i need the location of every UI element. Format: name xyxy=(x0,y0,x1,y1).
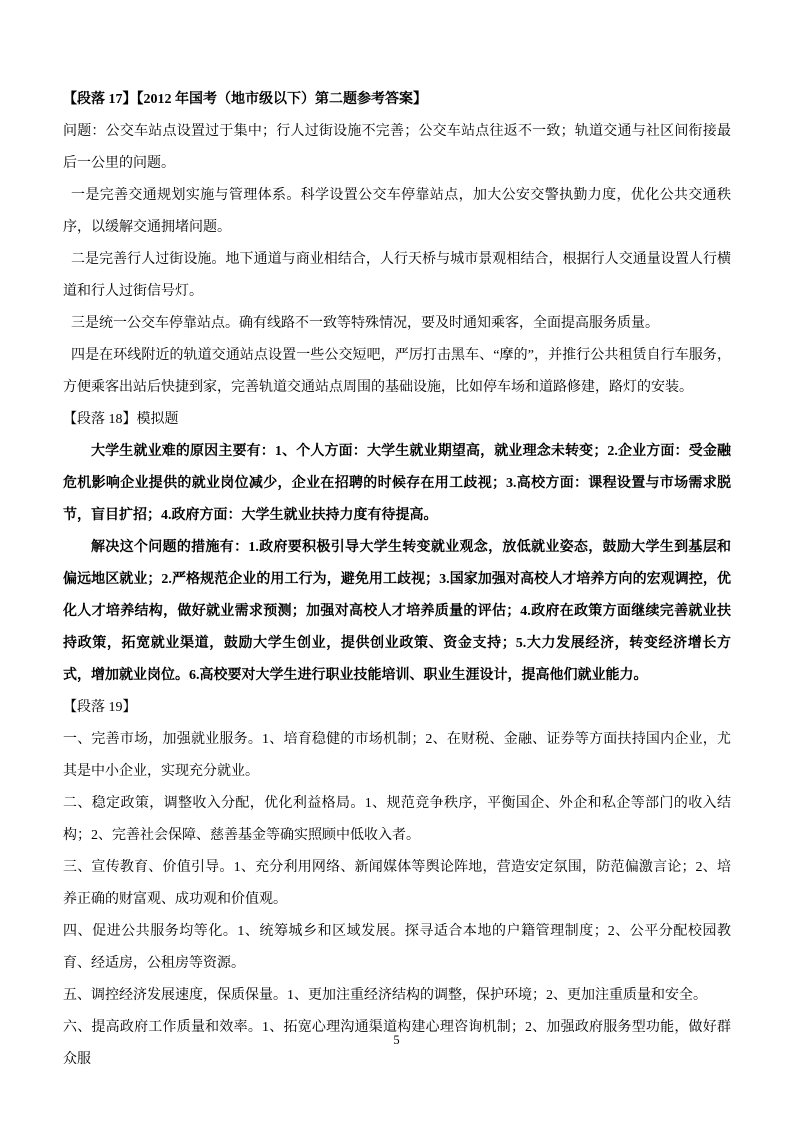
causes-paragraph: 大学生就业难的原因主要有：1、个人方面：大学生就业期望高，就业理念未转变；2.企… xyxy=(63,436,731,532)
list-item-2: 二、稳定政策，调整收入分配，优化利益格局。1、规范竞争秩序，平衡国企、外企和私企… xyxy=(63,788,731,852)
page-number: 5 xyxy=(0,1031,793,1049)
paragraph-19-heading: 【段落 19】 xyxy=(63,692,731,724)
measure-item-4: 四是在环线附近的轨道交通站点设置一些公交短吧，严厉打击黑车、“摩的”，并推行公共… xyxy=(63,340,731,404)
list-item-4: 四、促进公共服务均等化。1、统筹城乡和区域发展。探寻适合本地的户籍管理制度；2、… xyxy=(63,916,731,980)
document-page: 【段落 17】【2012 年国考（地市级以下）第二题参考答案】 问题：公交车站点… xyxy=(0,0,793,1122)
list-item-1: 一、完善市场，加强就业服务。1、培育稳健的市场机制；2、在财税、金融、证券等方面… xyxy=(63,724,731,788)
paragraph-17-heading: 【段落 17】【2012 年国考（地市级以下）第二题参考答案】 xyxy=(63,84,731,116)
paragraph-problem: 问题：公交车站点设置过于集中；行人过街设施不完善；公交车站点往返不一致；轨道交通… xyxy=(63,116,731,180)
measure-item-1: 一是完善交通规划实施与管理体系。科学设置公交车停靠站点，加大公安交警执勤力度，优… xyxy=(63,180,731,244)
document-body: 【段落 17】【2012 年国考（地市级以下）第二题参考答案】 问题：公交车站点… xyxy=(63,84,731,1076)
list-item-3: 三、宣传教育、价值引导。1、充分利用网络、新闻媒体等舆论阵地，营造安定氛围，防范… xyxy=(63,852,731,916)
measure-item-3: 三是统一公交车停靠站点。确有线路不一致等特殊情况，要及时通知乘客，全面提高服务质… xyxy=(63,308,731,340)
solutions-paragraph: 解决这个问题的措施有：1.政府要积极引导大学生转变就业观念，放低就业姿态，鼓励大… xyxy=(63,532,731,692)
list-item-5: 五、调控经济发展速度，保质保量。1、更加注重经济结构的调整，保护环境；2、更加注… xyxy=(63,980,731,1012)
measure-item-2: 二是完善行人过街设施。地下通道与商业相结合，人行天桥与城市景观相结合，根据行人交… xyxy=(63,244,731,308)
paragraph-18-heading: 【段落 18】模拟题 xyxy=(63,404,731,436)
